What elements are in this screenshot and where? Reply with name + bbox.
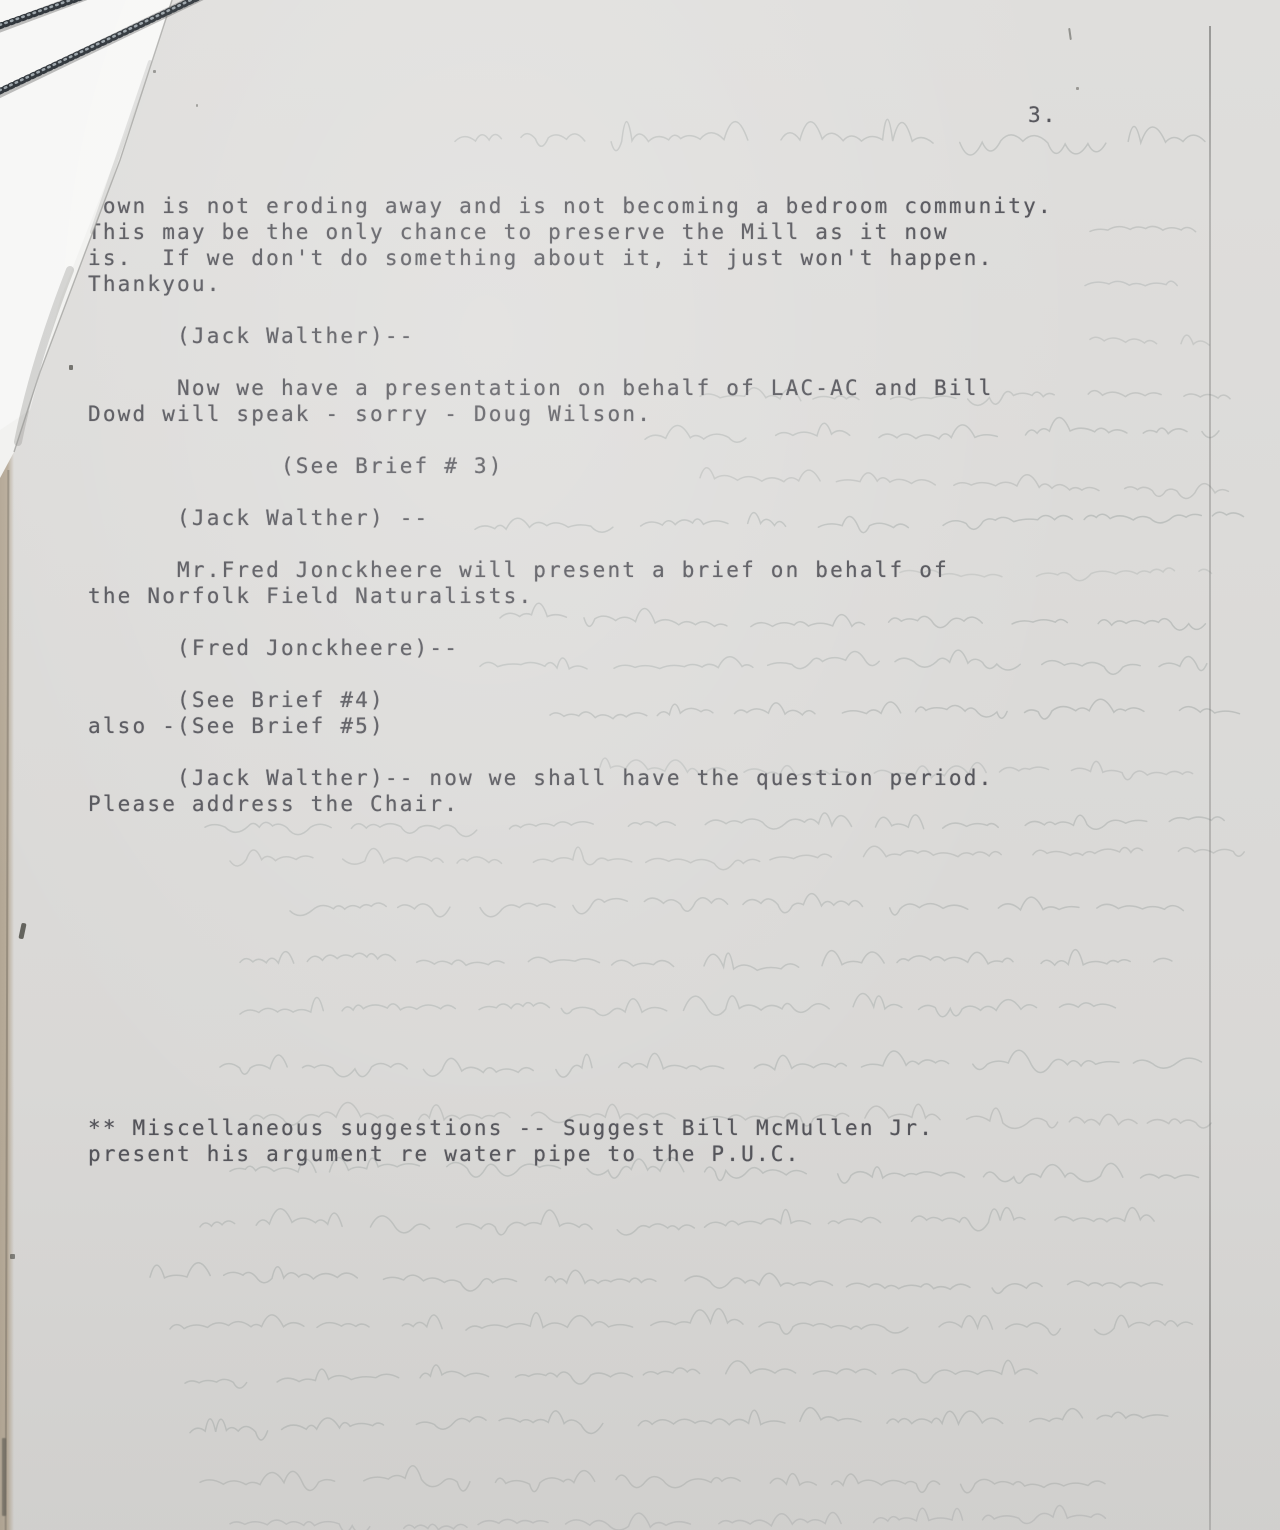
edge-smudge xyxy=(2,1438,6,1516)
paper-speck xyxy=(196,104,198,107)
handwriting-row xyxy=(220,1050,1202,1077)
handwriting-row xyxy=(170,1309,1192,1336)
handwriting-row xyxy=(190,1408,1168,1440)
handwriting-row xyxy=(1085,281,1177,286)
typed-misc-note: ** Miscellaneous suggestions -- Suggest … xyxy=(88,1115,934,1167)
handwriting-row xyxy=(150,1263,1162,1294)
paper-speck xyxy=(1068,28,1072,40)
handwriting-row xyxy=(185,1360,1037,1388)
handwriting-row xyxy=(240,950,1172,971)
page-number: 3. xyxy=(1028,103,1057,127)
paper-speck xyxy=(1076,87,1079,90)
handwriting-row xyxy=(290,894,1183,917)
handwriting-row xyxy=(200,1466,1105,1493)
handwriting-row xyxy=(455,119,1205,155)
handwriting-row xyxy=(230,1505,1105,1530)
handwriting-row xyxy=(230,846,1244,869)
handwriting-row xyxy=(200,1208,1154,1235)
handwriting-row xyxy=(240,994,1115,1017)
paper-speck xyxy=(18,923,26,940)
typed-body-text: town is not eroding away and is not beco… xyxy=(88,193,1053,817)
handwriting-row xyxy=(1090,226,1196,231)
paper-speck xyxy=(69,365,73,370)
paper-speck xyxy=(153,70,156,73)
paper-speck xyxy=(10,1254,15,1259)
page-margin-line xyxy=(1209,26,1211,1530)
handwriting-row xyxy=(1090,335,1209,345)
scanned-document-page: 3. town is not eroding away and is not b… xyxy=(0,0,1280,1530)
